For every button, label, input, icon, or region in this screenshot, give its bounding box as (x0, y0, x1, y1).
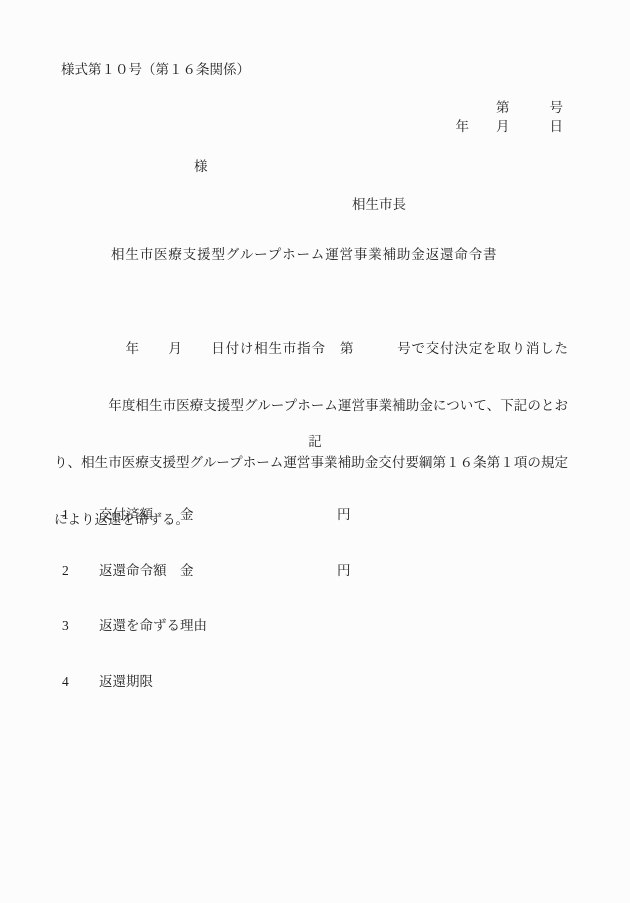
item-label: 返還命令額 (99, 561, 167, 580)
document-number-prefix: 第 (496, 100, 510, 115)
item-number: 3 (62, 616, 69, 635)
item-label: 返還を命ずる理由 (99, 616, 207, 635)
sender-name: 相生市長 (352, 195, 406, 214)
note-marker: 記 (0, 432, 630, 451)
item-label: 交付済額 (99, 505, 153, 524)
form-number: 様式第１０号（第１６条関係） (61, 60, 250, 79)
date-month-label: 月 (496, 119, 510, 134)
item-number: 1 (62, 505, 69, 524)
item-row-return-order-amount: 2 返還命令額 金 円 (0, 561, 630, 580)
amount-prefix: 金 (180, 561, 194, 580)
amount-suffix: 円 (337, 561, 351, 580)
item-row-return-deadline: 4 返還期限 (0, 672, 630, 691)
date-day-label: 日 (550, 119, 564, 134)
date-year-label: 年 (456, 119, 470, 134)
body-line-2: 年度相生市医療支援型グループホーム運営事業補助金について、下記のとお (54, 396, 568, 415)
item-number: 2 (62, 561, 69, 580)
document-page: { "page": { "background_color": "#fcfcfc… (0, 0, 630, 903)
document-title: 相生市医療支援型グループホーム運営事業補助金返還命令書 (111, 245, 497, 264)
issue-date-line: 年月日 (456, 117, 564, 136)
item-number: 4 (62, 672, 69, 691)
document-number-line: 第号 (496, 98, 563, 117)
document-number-suffix: 号 (550, 100, 564, 115)
amount-prefix: 金 (180, 505, 194, 524)
item-label: 返還期限 (99, 672, 153, 691)
recipient-honorific: 様 (194, 157, 208, 176)
body-line-1: 年 月 日付け相生市指令 第 号で交付決定を取り消した (54, 339, 568, 358)
item-row-return-reason: 3 返還を命ずる理由 (0, 616, 630, 635)
amount-suffix: 円 (337, 505, 351, 524)
body-line-3: り、相生市医療支援型グループホーム運営事業補助金交付要綱第１６条第１項の規定 (54, 453, 568, 472)
item-row-paid-amount: 1 交付済額 金 円 (0, 505, 630, 524)
